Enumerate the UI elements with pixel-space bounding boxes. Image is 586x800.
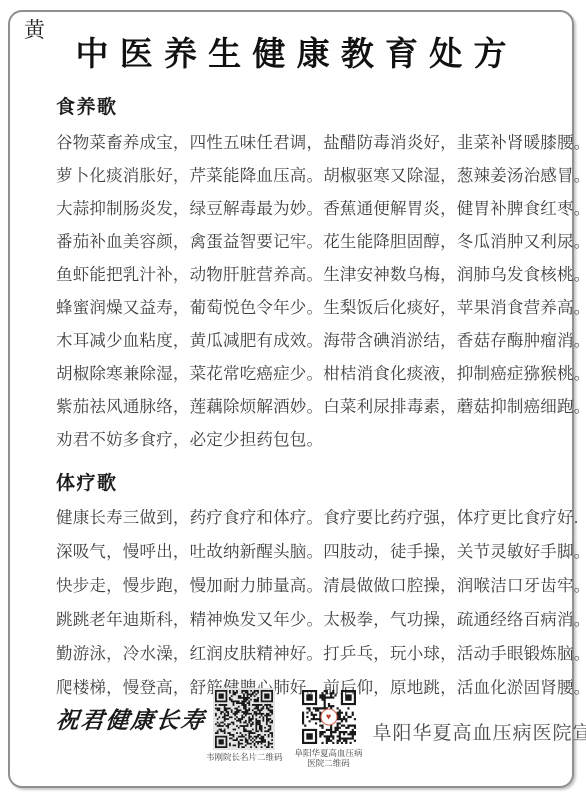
page-title: 中医养生健康教育处方	[10, 28, 572, 75]
verse-line: 劝君不妨多食疗，必定少担药包包。	[56, 424, 572, 457]
verse-line: 萝卜化痰消胀好，芹菜能降血压高。胡椒驱寒又除湿，葱辣姜汤治感冒。	[56, 160, 572, 193]
verse-line: 鱼虾能把乳汁补，动物肝脏营养高。生津安神数乌梅，润肺乌发食核桃。	[56, 259, 572, 292]
verse-line: 胡椒除寒兼除湿，菜花常吃癌症少。柑桔消食化痰液，抑制癌症猕猴桃。	[56, 358, 572, 391]
section-heading-food-song: 食养歌	[56, 97, 572, 119]
qr-caption-director: 韦刚院长名片二维码	[206, 752, 283, 762]
footer: 祝君健康长寿 韦刚院长名片二维码 ♥ 阜阳华夏高血压病 医院二维码 阜阳华夏高血…	[56, 688, 566, 768]
qr-code-director-card	[213, 688, 275, 750]
content-area: 食养歌 谷物菜畜养成宝，四性五味任君调，盐醋防毒消炎好，韭菜补肾暖膝腰。 萝卜化…	[10, 97, 572, 705]
qr-caption-line: 阜阳华夏高血压病	[295, 748, 363, 758]
section-heading-exercise-song: 体疗歌	[56, 473, 572, 495]
verse-line: 跳跳老年迪斯科，精神焕发又年少。太极拳，气功操，疏通经络百病消。	[56, 603, 572, 637]
verse-line: 勤游泳，冷水澡，红润皮肤精神好。打乒乓，玩小球，活动手眼锻炼脑。	[56, 637, 572, 671]
exercise-song-verse: 健康长寿三做到，药疗食疗和体疗。食疗要比药疗强，体疗更比食疗好. 深吸气，慢呼出…	[56, 501, 572, 705]
verse-line: 紫茄祛风通脉络，莲藕除烦解酒妙。白菜利尿排毒素，蘑菇抑制癌细跑。	[56, 391, 572, 424]
verse-line: 木耳减少血粘度，黄瓜减肥有成效。海带含碘消淤结，香菇存酶肿瘤消。	[56, 325, 572, 358]
heart-logo: ♥	[320, 709, 337, 726]
food-song-verse: 谷物菜畜养成宝，四性五味任君调，盐醋防毒消炎好，韭菜补肾暖膝腰。 萝卜化痰消胀好…	[56, 127, 572, 457]
qr-code-hospital: ♥	[300, 688, 358, 746]
qr-caption-hospital: 阜阳华夏高血压病 医院二维码	[295, 748, 363, 768]
publisher-credit: 阜阳华夏高血压病医院宣	[373, 718, 586, 745]
verse-line: 大蒜抑制肠炎发，绿豆解毒最为妙。香蕉通便解胃炎，健胃补脾食红枣。	[56, 193, 572, 226]
verse-line: 快步走，慢步跑，慢加耐力肺量高。清晨做做口腔操，润喉洁口牙齿牢。	[56, 569, 572, 603]
qr-block-hospital: ♥ 阜阳华夏高血压病 医院二维码	[295, 688, 363, 768]
blessing-calligraphy: 祝君健康长寿	[54, 702, 207, 735]
verse-line: 健康长寿三做到，药疗食疗和体疗。食疗要比药疗强，体疗更比食疗好.	[56, 501, 572, 535]
verse-line: 深吸气，慢呼出，吐故纳新醒头脑。四肢动，徒手操，关节灵敏好手脚。	[56, 535, 572, 569]
qr-block-director: 韦刚院长名片二维码	[206, 688, 283, 762]
verse-line: 番茄补血美容颜，禽蛋益智要记牢。花生能降胆固醇，冬瓜消肿又利尿。	[56, 226, 572, 259]
corner-mark: 黄	[24, 14, 45, 44]
qr-caption-line: 医院二维码	[295, 758, 363, 768]
heart-icon: ♥	[326, 713, 331, 722]
document-page: { "page": { "corner_mark": "黄", "title":…	[0, 0, 586, 800]
verse-line: 谷物菜畜养成宝，四性五味任君调，盐醋防毒消炎好，韭菜补肾暖膝腰。	[56, 127, 572, 160]
page-border: 黄 中医养生健康教育处方 食养歌 谷物菜畜养成宝，四性五味任君调，盐醋防毒消炎好…	[8, 10, 574, 788]
verse-line: 蜂蜜润燥又益寿，葡萄悦色令年少。生梨饭后化痰好，苹果消食营养高。	[56, 292, 572, 325]
qr-code-image	[213, 688, 275, 750]
